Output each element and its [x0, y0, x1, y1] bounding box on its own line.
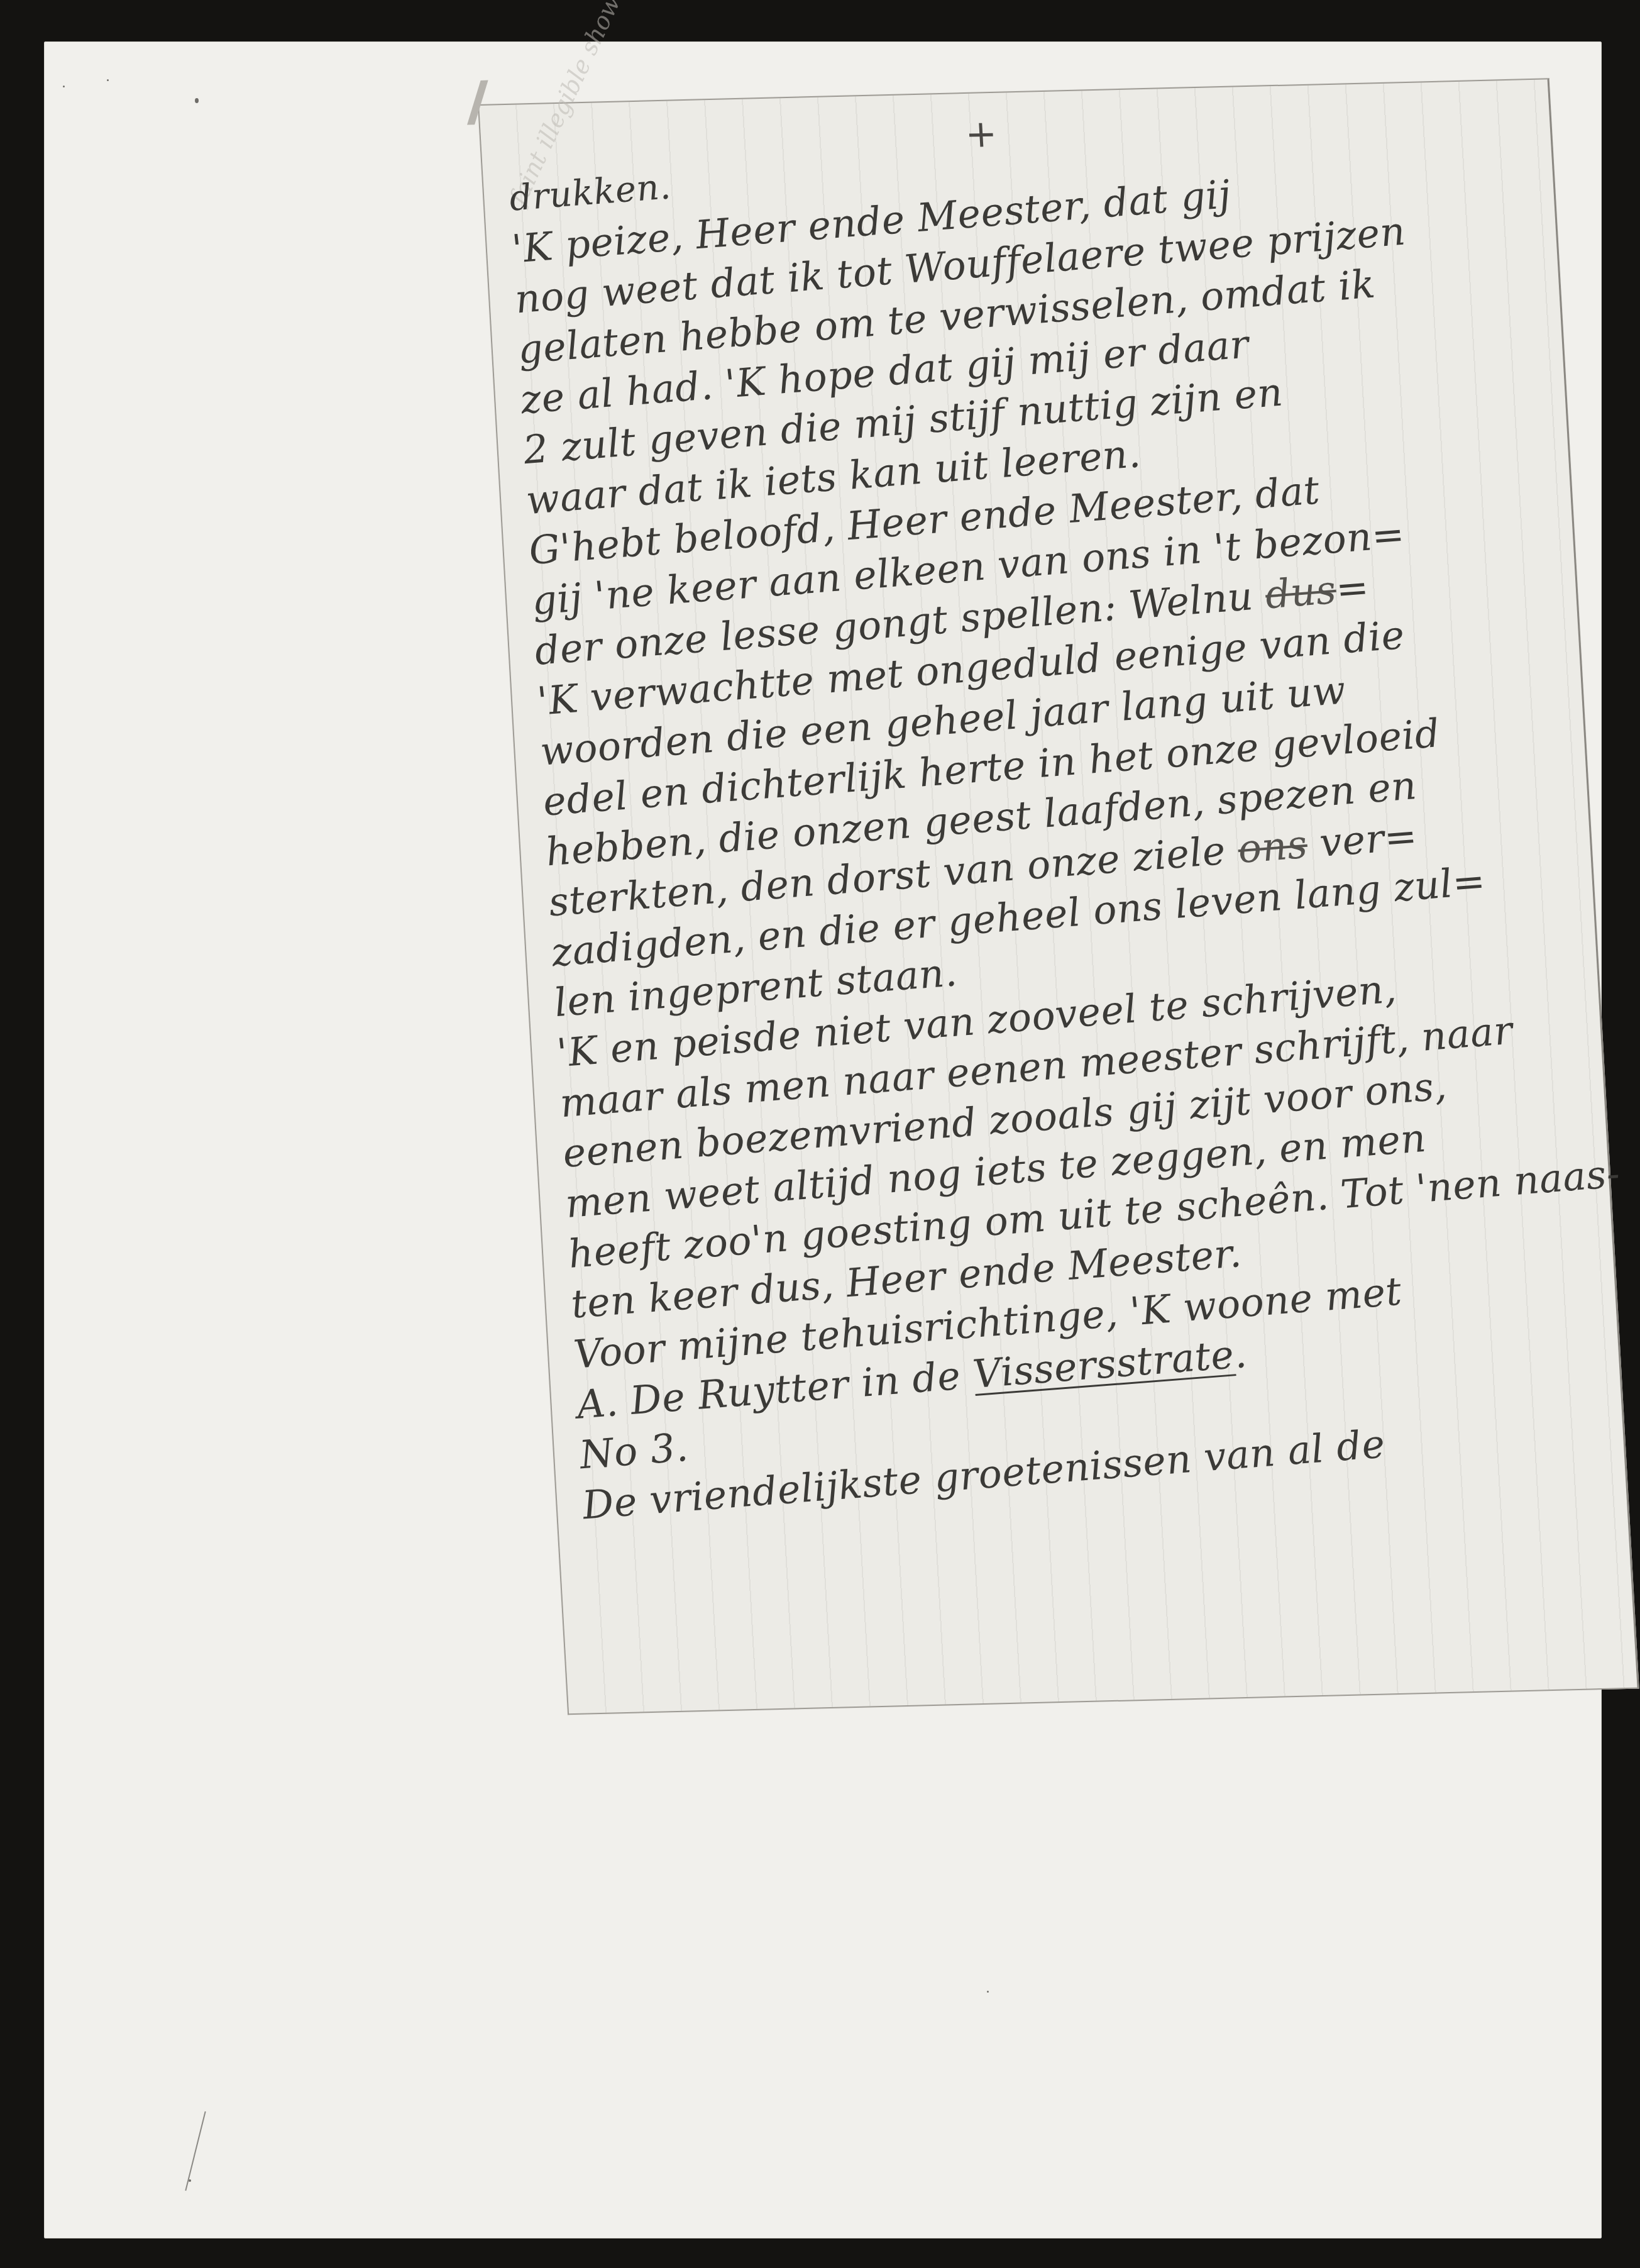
hyphen-mark: = — [1333, 564, 1371, 612]
scratch-mark — [185, 2111, 206, 2191]
letter-sheet: faint illegible show-through writing + d… — [478, 78, 1639, 1715]
dust-speck — [107, 79, 109, 81]
torn-corner — [467, 80, 488, 125]
dust-speck — [987, 1991, 989, 1993]
photo-paper: faint illegible show-through writing + d… — [44, 41, 1602, 2238]
dust-speck — [195, 98, 199, 103]
dust-speck — [63, 86, 65, 87]
letter-body: drukken. 'K peize, Heer ende Meester, da… — [508, 149, 1602, 1530]
line-text: No 3. — [577, 1424, 690, 1478]
line-text: drukken. — [507, 166, 673, 219]
struck-word: dus — [1263, 567, 1338, 617]
struck-word: ons — [1236, 821, 1310, 872]
line-text-suffix: ver= — [1318, 812, 1419, 866]
